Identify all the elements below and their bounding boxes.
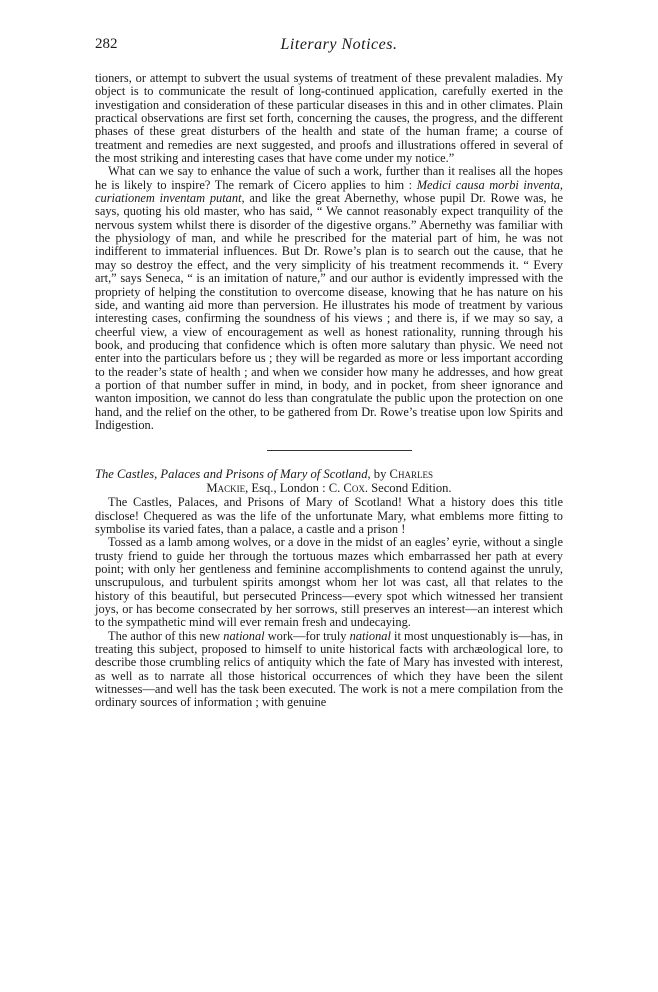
paragraph-text: The author of this new	[108, 629, 223, 643]
paragraph-quote-continuation: tioners, or attempt to subvert the usual…	[95, 72, 563, 165]
document-page: 282 Literary Notices. tioners, or attemp…	[95, 36, 563, 710]
running-head: 282 Literary Notices.	[95, 36, 563, 58]
section-divider	[267, 450, 412, 451]
paragraph-text: work—for truly	[265, 629, 350, 643]
author-first-name: Charles	[390, 467, 433, 481]
heading-line-2: Mackie, Esq., London : C. Cox. Second Ed…	[95, 481, 563, 495]
author-last-name: Mackie	[206, 481, 245, 495]
publisher-name: C. Cox.	[329, 481, 368, 495]
paragraph-review-2: Tossed as a lamb among wolves, or a dove…	[95, 536, 563, 629]
paragraph-rowe-review: What can we say to enhance the value of …	[95, 165, 563, 432]
emphasis-national: national	[223, 629, 264, 643]
publisher-info: , Esq., London :	[245, 481, 329, 495]
paragraph-review-1: The Castles, Palaces, and Prisons of Mar…	[95, 496, 563, 536]
paragraph-text: , and like the great Abernethy, whose pu…	[95, 191, 563, 432]
running-title: Literary Notices.	[95, 36, 563, 54]
by-text: , by	[368, 467, 390, 481]
edition: Second Edition.	[368, 481, 452, 495]
book-title: The Castles, Palaces and Prisons of Mary…	[95, 467, 368, 481]
paragraph-review-3: The author of this new national work—for…	[95, 630, 563, 710]
review-heading: The Castles, Palaces and Prisons of Mary…	[95, 467, 563, 495]
emphasis-national: national	[350, 629, 391, 643]
